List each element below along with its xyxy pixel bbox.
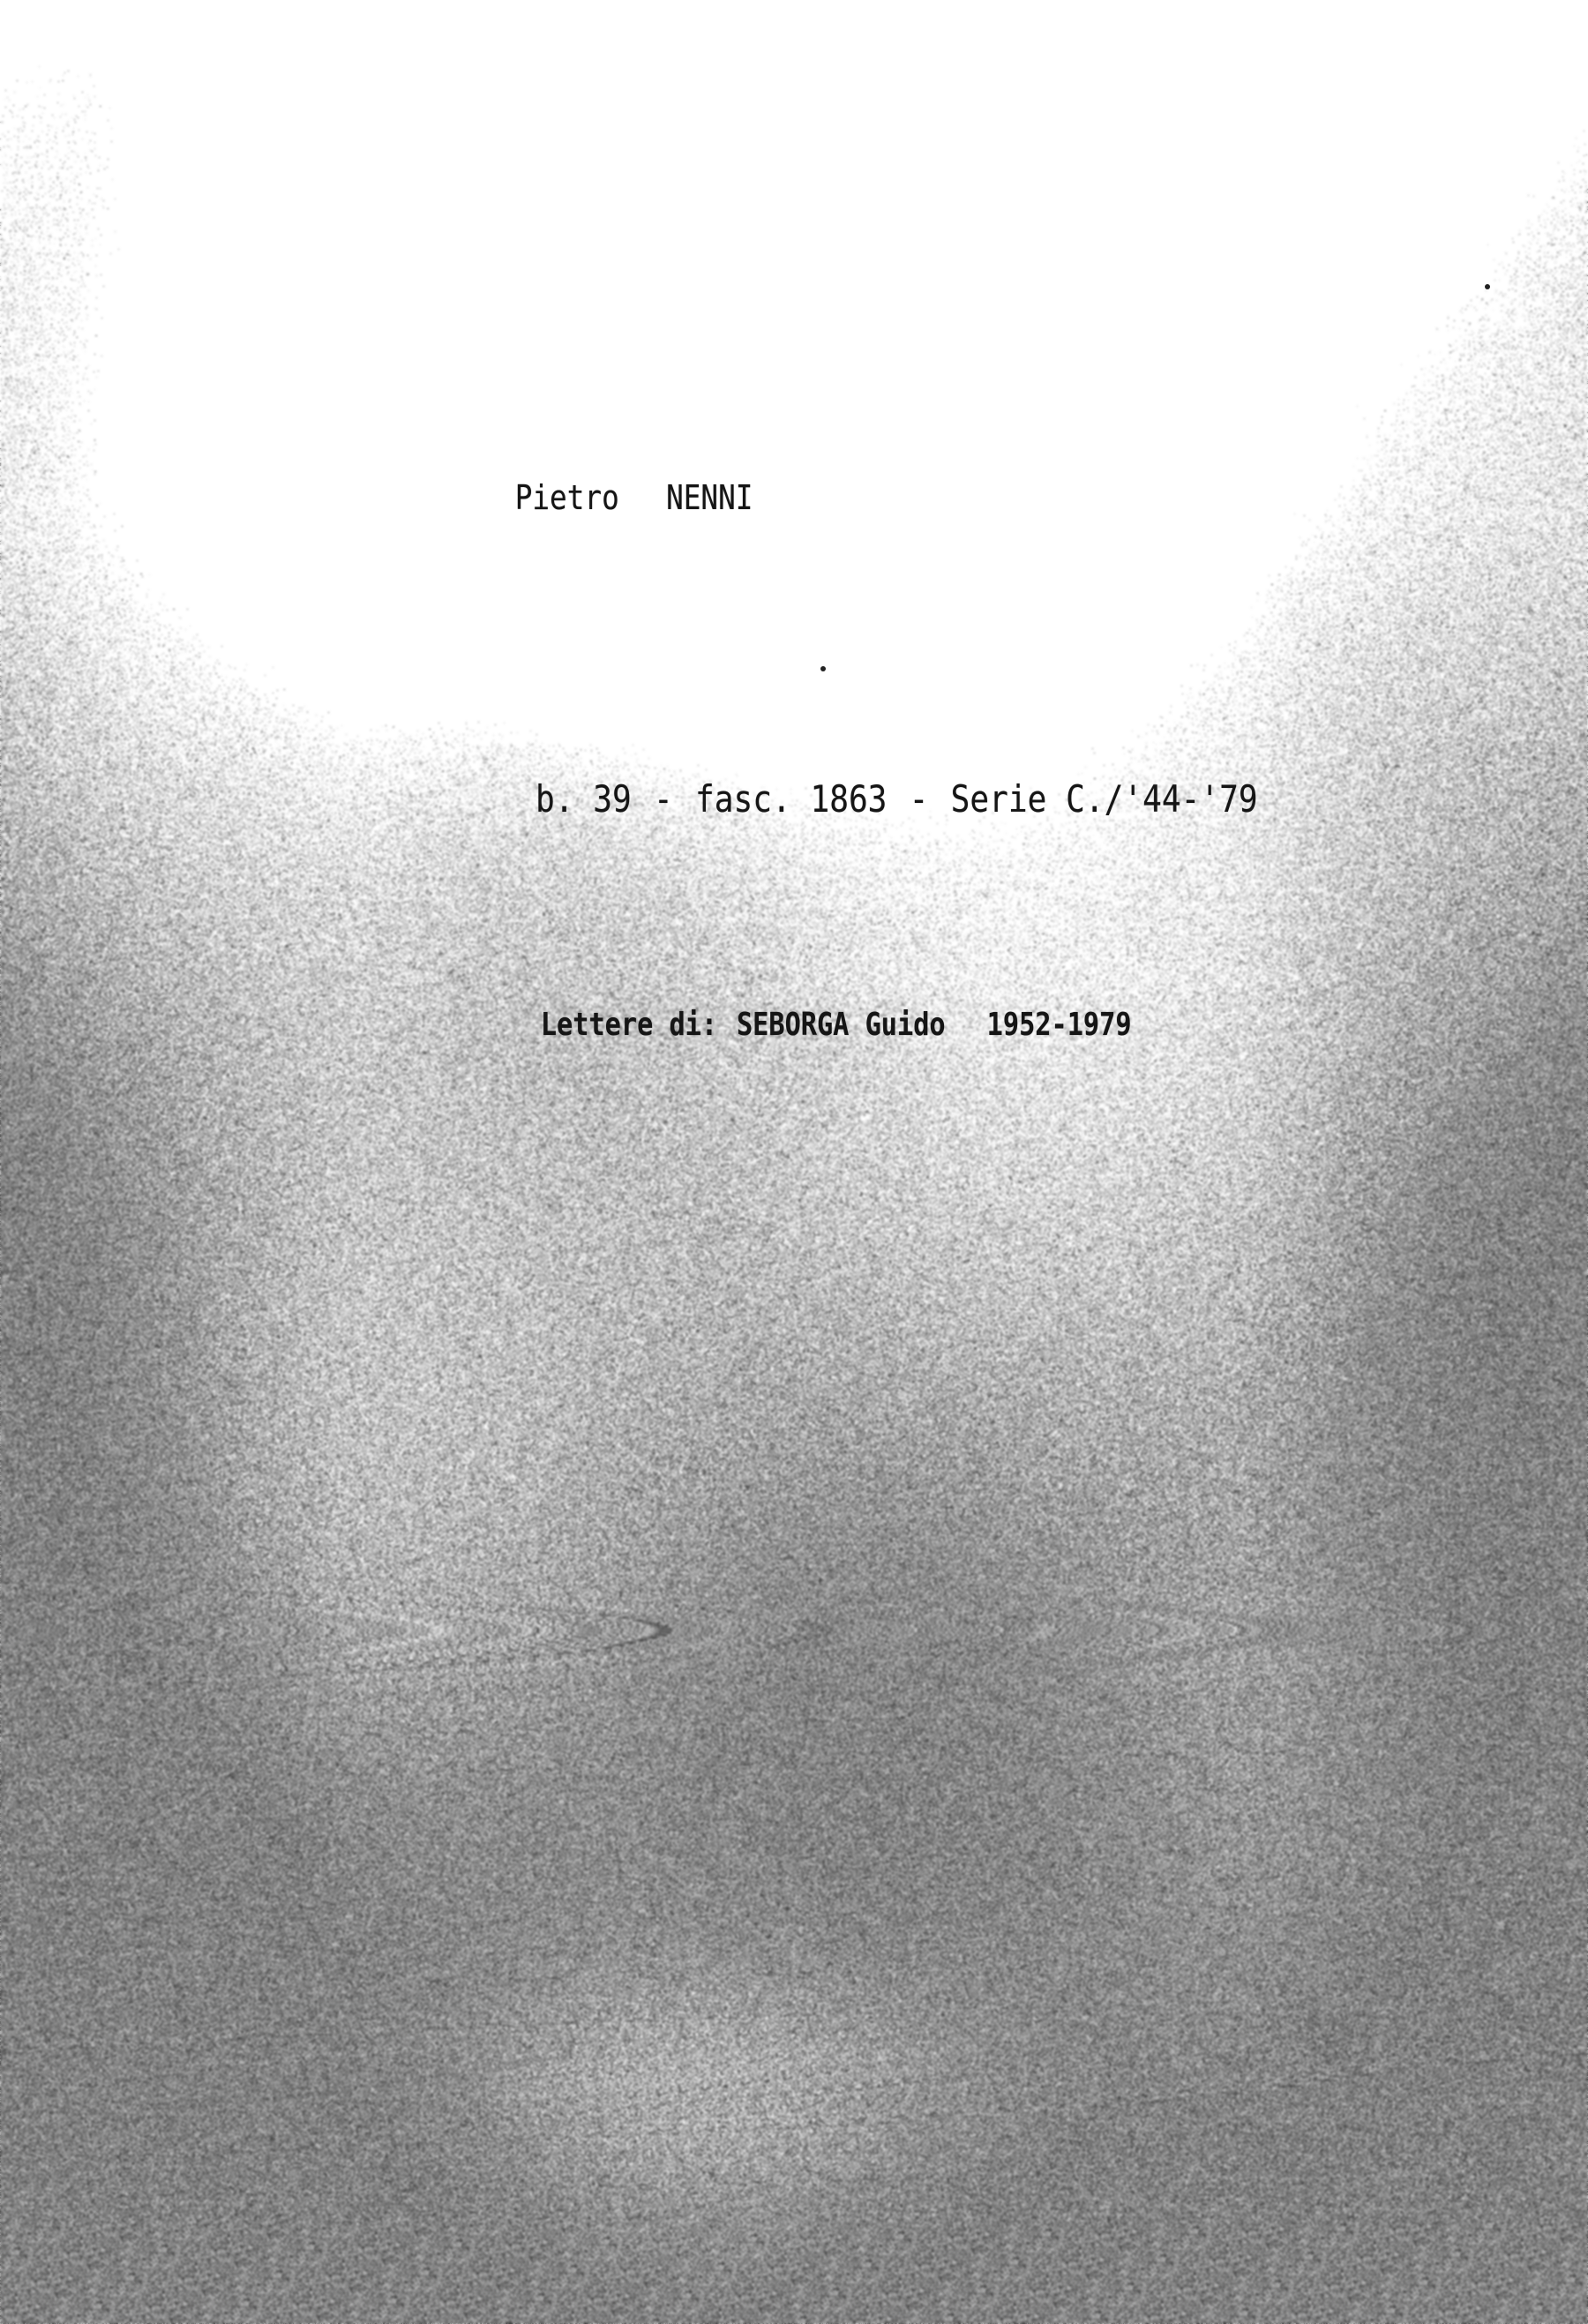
archive-folder-cover: PietroNENNI b. 39-fasc. 1863-Serie C./'4… bbox=[0, 0, 1588, 2324]
correspondent-name: SEBORGA Guido bbox=[737, 1007, 946, 1043]
reference-separator: - bbox=[903, 777, 933, 821]
author-last-name: NENNI bbox=[666, 478, 753, 517]
archive-reference: b. 39-fasc. 1863-Serie C./'44-'79 bbox=[459, 734, 1258, 864]
serie-label: Serie C./'44-'79 bbox=[951, 777, 1258, 821]
author-first-name: Pietro bbox=[515, 478, 619, 517]
author-name: PietroNENNI bbox=[446, 439, 753, 556]
fascicolo-number: fasc. 1863 bbox=[695, 777, 887, 821]
busta-number: b. 39 bbox=[536, 777, 632, 821]
speck-dot bbox=[820, 666, 826, 671]
reference-separator: - bbox=[648, 777, 678, 821]
speck-dot bbox=[1485, 284, 1490, 289]
letters-date-range: 1952-1979 bbox=[987, 1007, 1132, 1043]
letters-label: Lettere di: bbox=[541, 1007, 717, 1043]
letters-heading: Lettere di:SEBORGA Guido1952-1979 bbox=[476, 971, 1132, 1079]
